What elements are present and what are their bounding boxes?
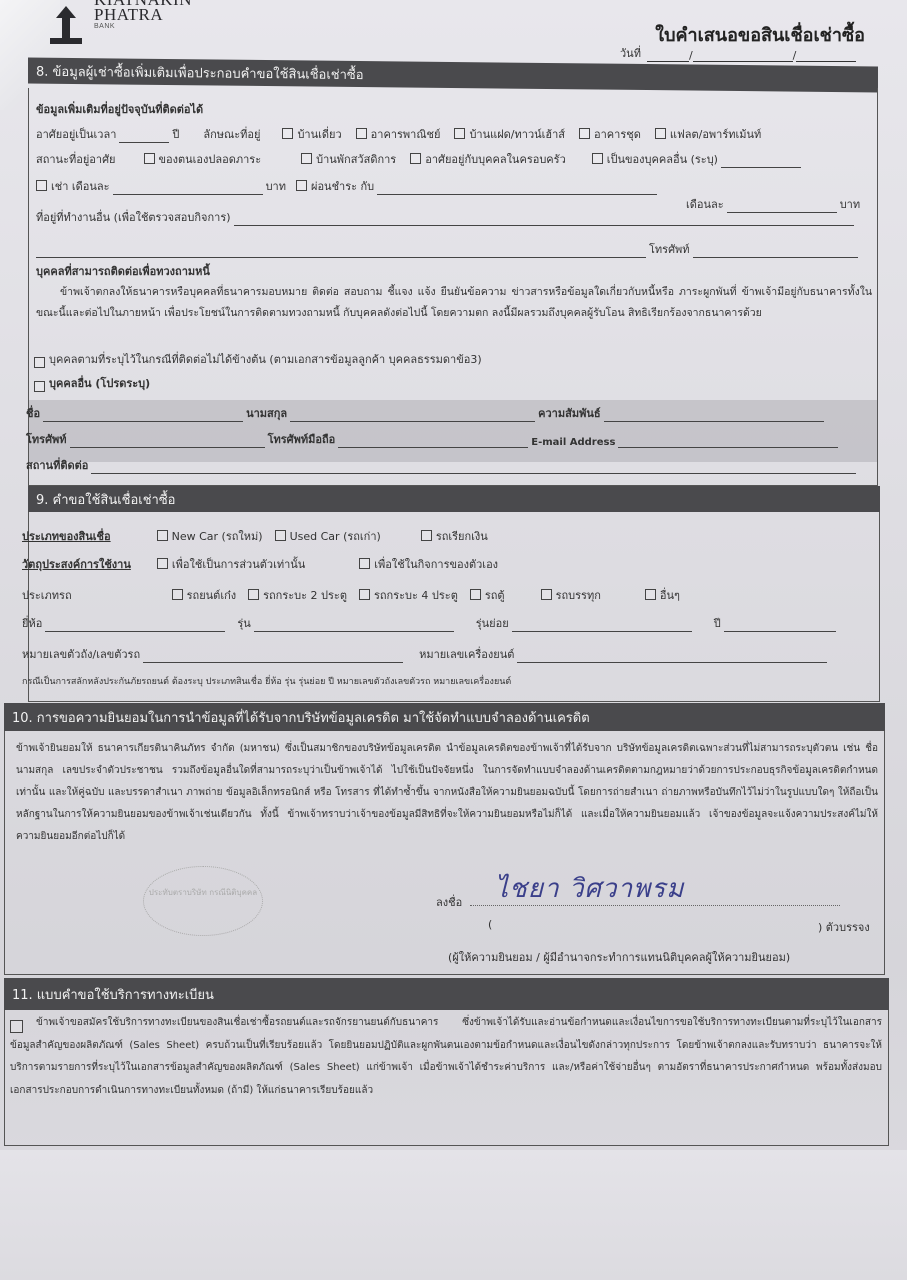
checkbox[interactable] bbox=[282, 128, 293, 139]
brand-input[interactable] bbox=[45, 620, 225, 632]
engine-label: หมายเลขเครื่องยนต์ bbox=[419, 645, 514, 663]
loan-type-option[interactable]: New Car (รถใหม่) bbox=[157, 527, 263, 545]
brand-label: ยี่ห้อ bbox=[22, 614, 42, 632]
residence-type-option[interactable]: บ้านแฝด/ทาวน์เฮ้าส์ bbox=[454, 125, 565, 143]
checkbox[interactable] bbox=[592, 153, 603, 164]
engine-input[interactable] bbox=[517, 651, 827, 663]
contact-paragraph: ข้าพเจ้าตกลงให้ธนาคารหรือบุคคลที่ธนาคารม… bbox=[36, 282, 872, 324]
work-address-label: ที่อยู่ที่ทำงานอื่น (เพื่อใช้ตรวจสอบกิจก… bbox=[36, 208, 231, 226]
phone-label: โทรศัพท์ bbox=[649, 240, 690, 258]
purpose-label: วัตถุประสงค์การใช้งาน bbox=[22, 555, 131, 573]
vehicle-type-row: ประเภทรถ รถยนต์เก๋ง รถกระบะ 2 ประตู รถกร… bbox=[22, 586, 680, 604]
loan-type-option[interactable]: รถเรียกเงิน bbox=[421, 527, 488, 545]
contact-option2[interactable]: บุคคลอื่น (โปรดระบุ) bbox=[34, 374, 150, 392]
checkbox[interactable] bbox=[421, 530, 432, 541]
vehicle-type-option[interactable]: อื่นๆ bbox=[645, 586, 680, 604]
section8-title: 8. ข้อมูลผู้เช่าซื้อเพิ่มเติมเพื่อประกอบ… bbox=[36, 60, 364, 84]
relationship-label: ความสัมพันธ์ bbox=[538, 404, 600, 422]
contact-name-row: ชื่อ นามสกุล ความสัมพันธ์ bbox=[26, 404, 827, 422]
phone-input[interactable] bbox=[693, 246, 858, 258]
registration-paragraph: ข้าพเจ้าขอสมัครใช้บริการทางทะเบียนของสิน… bbox=[10, 1012, 882, 1102]
vehicle-type-option[interactable]: รถกระบะ 2 ประตู bbox=[248, 586, 347, 604]
residence-status-option[interactable]: บ้านพักสวัสดิการ bbox=[301, 150, 396, 168]
rent-amount-input[interactable] bbox=[113, 183, 263, 195]
vehicle-type-option[interactable]: รถตู้ bbox=[470, 586, 505, 604]
brand-row: ยี่ห้อ รุ่น รุ่นย่อย ปี bbox=[22, 614, 839, 632]
checkbox[interactable] bbox=[645, 589, 656, 600]
residence-type-option[interactable]: อาคารชุด bbox=[579, 125, 641, 143]
loan-type-label: ประเภทของสินเชื่อ bbox=[22, 527, 111, 545]
checkbox[interactable] bbox=[36, 180, 47, 191]
contact-phone-row: โทรศัพท์ โทรศัพท์มือถือ E-mail Address bbox=[26, 430, 841, 448]
section9-title: 9. คำขอใช้สินเชื่อเช่าซื้อ bbox=[36, 489, 176, 510]
residence-status-label: สถานะที่อยู่อาศัย bbox=[36, 150, 116, 168]
loan-type-row: ประเภทของสินเชื่อ New Car (รถใหม่) Used … bbox=[22, 527, 488, 545]
section10-title: 10. การขอความยินยอมในการนำข้อมูลที่ได้รั… bbox=[12, 707, 590, 728]
name-label: ชื่อ bbox=[26, 404, 40, 422]
checkbox[interactable] bbox=[454, 128, 465, 139]
contact-place-label: สถานที่ติดต่อ bbox=[26, 456, 88, 474]
rent-unit: บาท bbox=[266, 177, 286, 195]
mobile-input[interactable] bbox=[338, 436, 528, 448]
chassis-label: หมายเลขตัวถัง/เลขตัวรถ bbox=[22, 645, 140, 663]
email-label: E-mail Address bbox=[531, 437, 615, 448]
checkbox[interactable] bbox=[579, 128, 590, 139]
checkbox[interactable] bbox=[34, 381, 45, 392]
installment-with-input[interactable] bbox=[377, 183, 657, 195]
residence-row: อาศัยอยู่เป็นเวลา ปี ลักษณะที่อยู่ บ้านเ… bbox=[36, 125, 761, 143]
checkbox[interactable] bbox=[410, 153, 421, 164]
vehicle-type-option[interactable]: รถบรรทุก bbox=[541, 586, 601, 604]
rent-option[interactable]: เช่า เดือนละ bbox=[36, 177, 110, 195]
checkbox[interactable] bbox=[356, 128, 367, 139]
checkbox[interactable] bbox=[248, 589, 259, 600]
work-address-row: ที่อยู่ที่ทำงานอื่น (เพื่อใช้ตรวจสอบกิจก… bbox=[36, 208, 857, 226]
section11-title: 11. แบบคำขอใช้บริการทางทะเบียน bbox=[12, 984, 214, 1005]
next-page-edge bbox=[0, 1150, 907, 1280]
vehicle-type-option[interactable]: รถยนต์เก๋ง bbox=[172, 586, 236, 604]
company-stamp-area: ประทับตราบริษัท กรณีนิติบุคคล bbox=[143, 866, 263, 936]
year-input[interactable] bbox=[724, 620, 836, 632]
work-address-input[interactable] bbox=[234, 214, 854, 226]
name-bracket-close: ) ตัวบรรจง bbox=[818, 918, 870, 936]
email-input[interactable] bbox=[618, 436, 838, 448]
bank-name-line2: PHATRA bbox=[94, 7, 192, 22]
signature-line bbox=[470, 905, 840, 906]
tel-label: โทรศัพท์ bbox=[26, 430, 67, 448]
bank-logo: KIATNAKIN PHATRA BANK bbox=[50, 0, 192, 50]
sign-label: ลงชื่อ bbox=[436, 893, 462, 911]
name-input[interactable] bbox=[43, 410, 243, 422]
installment-option[interactable]: ผ่อนชำระ กับ bbox=[296, 177, 374, 195]
loan-type-option[interactable]: Used Car (รถเก่า) bbox=[275, 527, 381, 545]
section11-header: 11. แบบคำขอใช้บริการทางทะเบียน bbox=[4, 978, 889, 1010]
checkbox[interactable] bbox=[157, 558, 168, 569]
signer-role: (ผู้ให้ความยินยอม / ผู้มีอำนาจกระทำการแท… bbox=[448, 948, 790, 966]
contact-place-row: สถานที่ติดต่อ bbox=[26, 456, 859, 474]
contact-place-input[interactable] bbox=[91, 462, 856, 474]
residence-status-row: สถานะที่อยู่อาศัย ของตนเองปลอดภาระ บ้านพ… bbox=[36, 150, 804, 168]
rent-row: เช่า เดือนละ บาท ผ่อนชำระ กับ bbox=[36, 177, 660, 195]
purpose-row: วัตถุประสงค์การใช้งาน เพื่อใช้เป็นการส่ว… bbox=[22, 555, 498, 573]
purpose-option[interactable]: เพื่อใช้เป็นการส่วนตัวเท่านั้น bbox=[157, 555, 305, 573]
residence-status-option[interactable]: อาศัยอยู่กับบุคคลในครอบครัว bbox=[410, 150, 566, 168]
checkbox[interactable] bbox=[144, 153, 155, 164]
residence-type-option[interactable]: แฟลต/อพาร์ทเม้นท์ bbox=[655, 125, 761, 143]
residence-status-option[interactable]: เป็นของบุคคลอื่น (ระบุ) bbox=[592, 150, 718, 168]
residence-type-label: ลักษณะที่อยู่ bbox=[203, 125, 260, 143]
date-year-input[interactable] bbox=[796, 48, 856, 62]
logo-mark-icon bbox=[50, 2, 82, 50]
duration-input[interactable] bbox=[119, 131, 169, 143]
checkbox[interactable] bbox=[359, 558, 370, 569]
phone-row: โทรศัพท์ bbox=[36, 240, 861, 258]
checkbox[interactable] bbox=[655, 128, 666, 139]
residence-status-option[interactable]: ของตนเองปลอดภาระ bbox=[144, 150, 262, 168]
vehicle-type-option[interactable]: รถกระบะ 4 ประตู bbox=[359, 586, 458, 604]
residence-type-option[interactable]: อาคารพาณิชย์ bbox=[356, 125, 441, 143]
checkbox[interactable] bbox=[301, 153, 312, 164]
year-label: ปี bbox=[714, 614, 721, 632]
checkbox[interactable] bbox=[541, 589, 552, 600]
tel-input[interactable] bbox=[70, 436, 265, 448]
checkbox[interactable] bbox=[275, 530, 286, 541]
other-owner-input[interactable] bbox=[721, 156, 801, 168]
checkbox[interactable] bbox=[359, 589, 370, 600]
work-address-line2-input[interactable] bbox=[36, 246, 646, 258]
duration-label: อาศัยอยู่เป็นเวลา bbox=[36, 125, 116, 143]
date-day-input[interactable] bbox=[647, 48, 689, 62]
date-field: วันที่ / / bbox=[620, 44, 856, 62]
model-label: รุ่น bbox=[237, 614, 250, 632]
model-input[interactable] bbox=[254, 620, 454, 632]
section10-header: 10. การขอความยินยอมในการนำข้อมูลที่ได้รั… bbox=[4, 703, 885, 731]
contact-option1[interactable]: บุคคลตามที่ระบุไว้ในกรณีที่ติดต่อไม่ได้ข… bbox=[34, 350, 482, 368]
surname-label: นามสกุล bbox=[246, 404, 287, 422]
chassis-input[interactable] bbox=[143, 651, 403, 663]
submodel-input[interactable] bbox=[512, 620, 692, 632]
section9-header: 9. คำขอใช้สินเชื่อเช่าซื้อ bbox=[28, 486, 880, 512]
consent-paragraph: ข้าพเจ้ายินยอมให้ ธนาคารเกียรตินาคินภัทร… bbox=[16, 738, 878, 848]
checkbox[interactable] bbox=[157, 530, 168, 541]
contact-heading: บุคคลที่สามารถติดต่อเพื่อทวงถามหนี้ bbox=[36, 262, 210, 280]
duration-unit: ปี bbox=[172, 125, 179, 143]
submodel-label: รุ่นย่อย bbox=[476, 614, 509, 632]
purpose-option[interactable]: เพื่อใช้ในกิจการของตัวเอง bbox=[359, 555, 498, 573]
relationship-input[interactable] bbox=[604, 410, 824, 422]
name-bracket-open: ( bbox=[488, 918, 492, 931]
address-subheading: ข้อมูลเพิ่มเติมที่อยู่ปัจจุบันที่ติดต่อไ… bbox=[36, 100, 203, 118]
residence-type-option[interactable]: บ้านเดี่ยว bbox=[282, 125, 341, 143]
checkbox[interactable] bbox=[470, 589, 481, 600]
checkbox[interactable] bbox=[172, 589, 183, 600]
signature[interactable]: ไชยา วิศวาพรม bbox=[495, 868, 684, 909]
chassis-row: หมายเลขตัวถัง/เลขตัวรถ หมายเลขเครื่องยนต… bbox=[22, 645, 830, 663]
date-month-input[interactable] bbox=[693, 48, 793, 62]
date-label: วันที่ bbox=[620, 44, 641, 62]
checkbox[interactable] bbox=[34, 357, 45, 368]
vehicle-type-label: ประเภทรถ bbox=[22, 586, 72, 604]
checkbox[interactable] bbox=[296, 180, 307, 191]
mobile-label: โทรศัพท์มือถือ bbox=[268, 430, 336, 448]
insurance-note: กรณีเป็นการสลักหลังประกันภัยรถยนต์ ต้องร… bbox=[22, 674, 511, 688]
surname-input[interactable] bbox=[290, 410, 535, 422]
